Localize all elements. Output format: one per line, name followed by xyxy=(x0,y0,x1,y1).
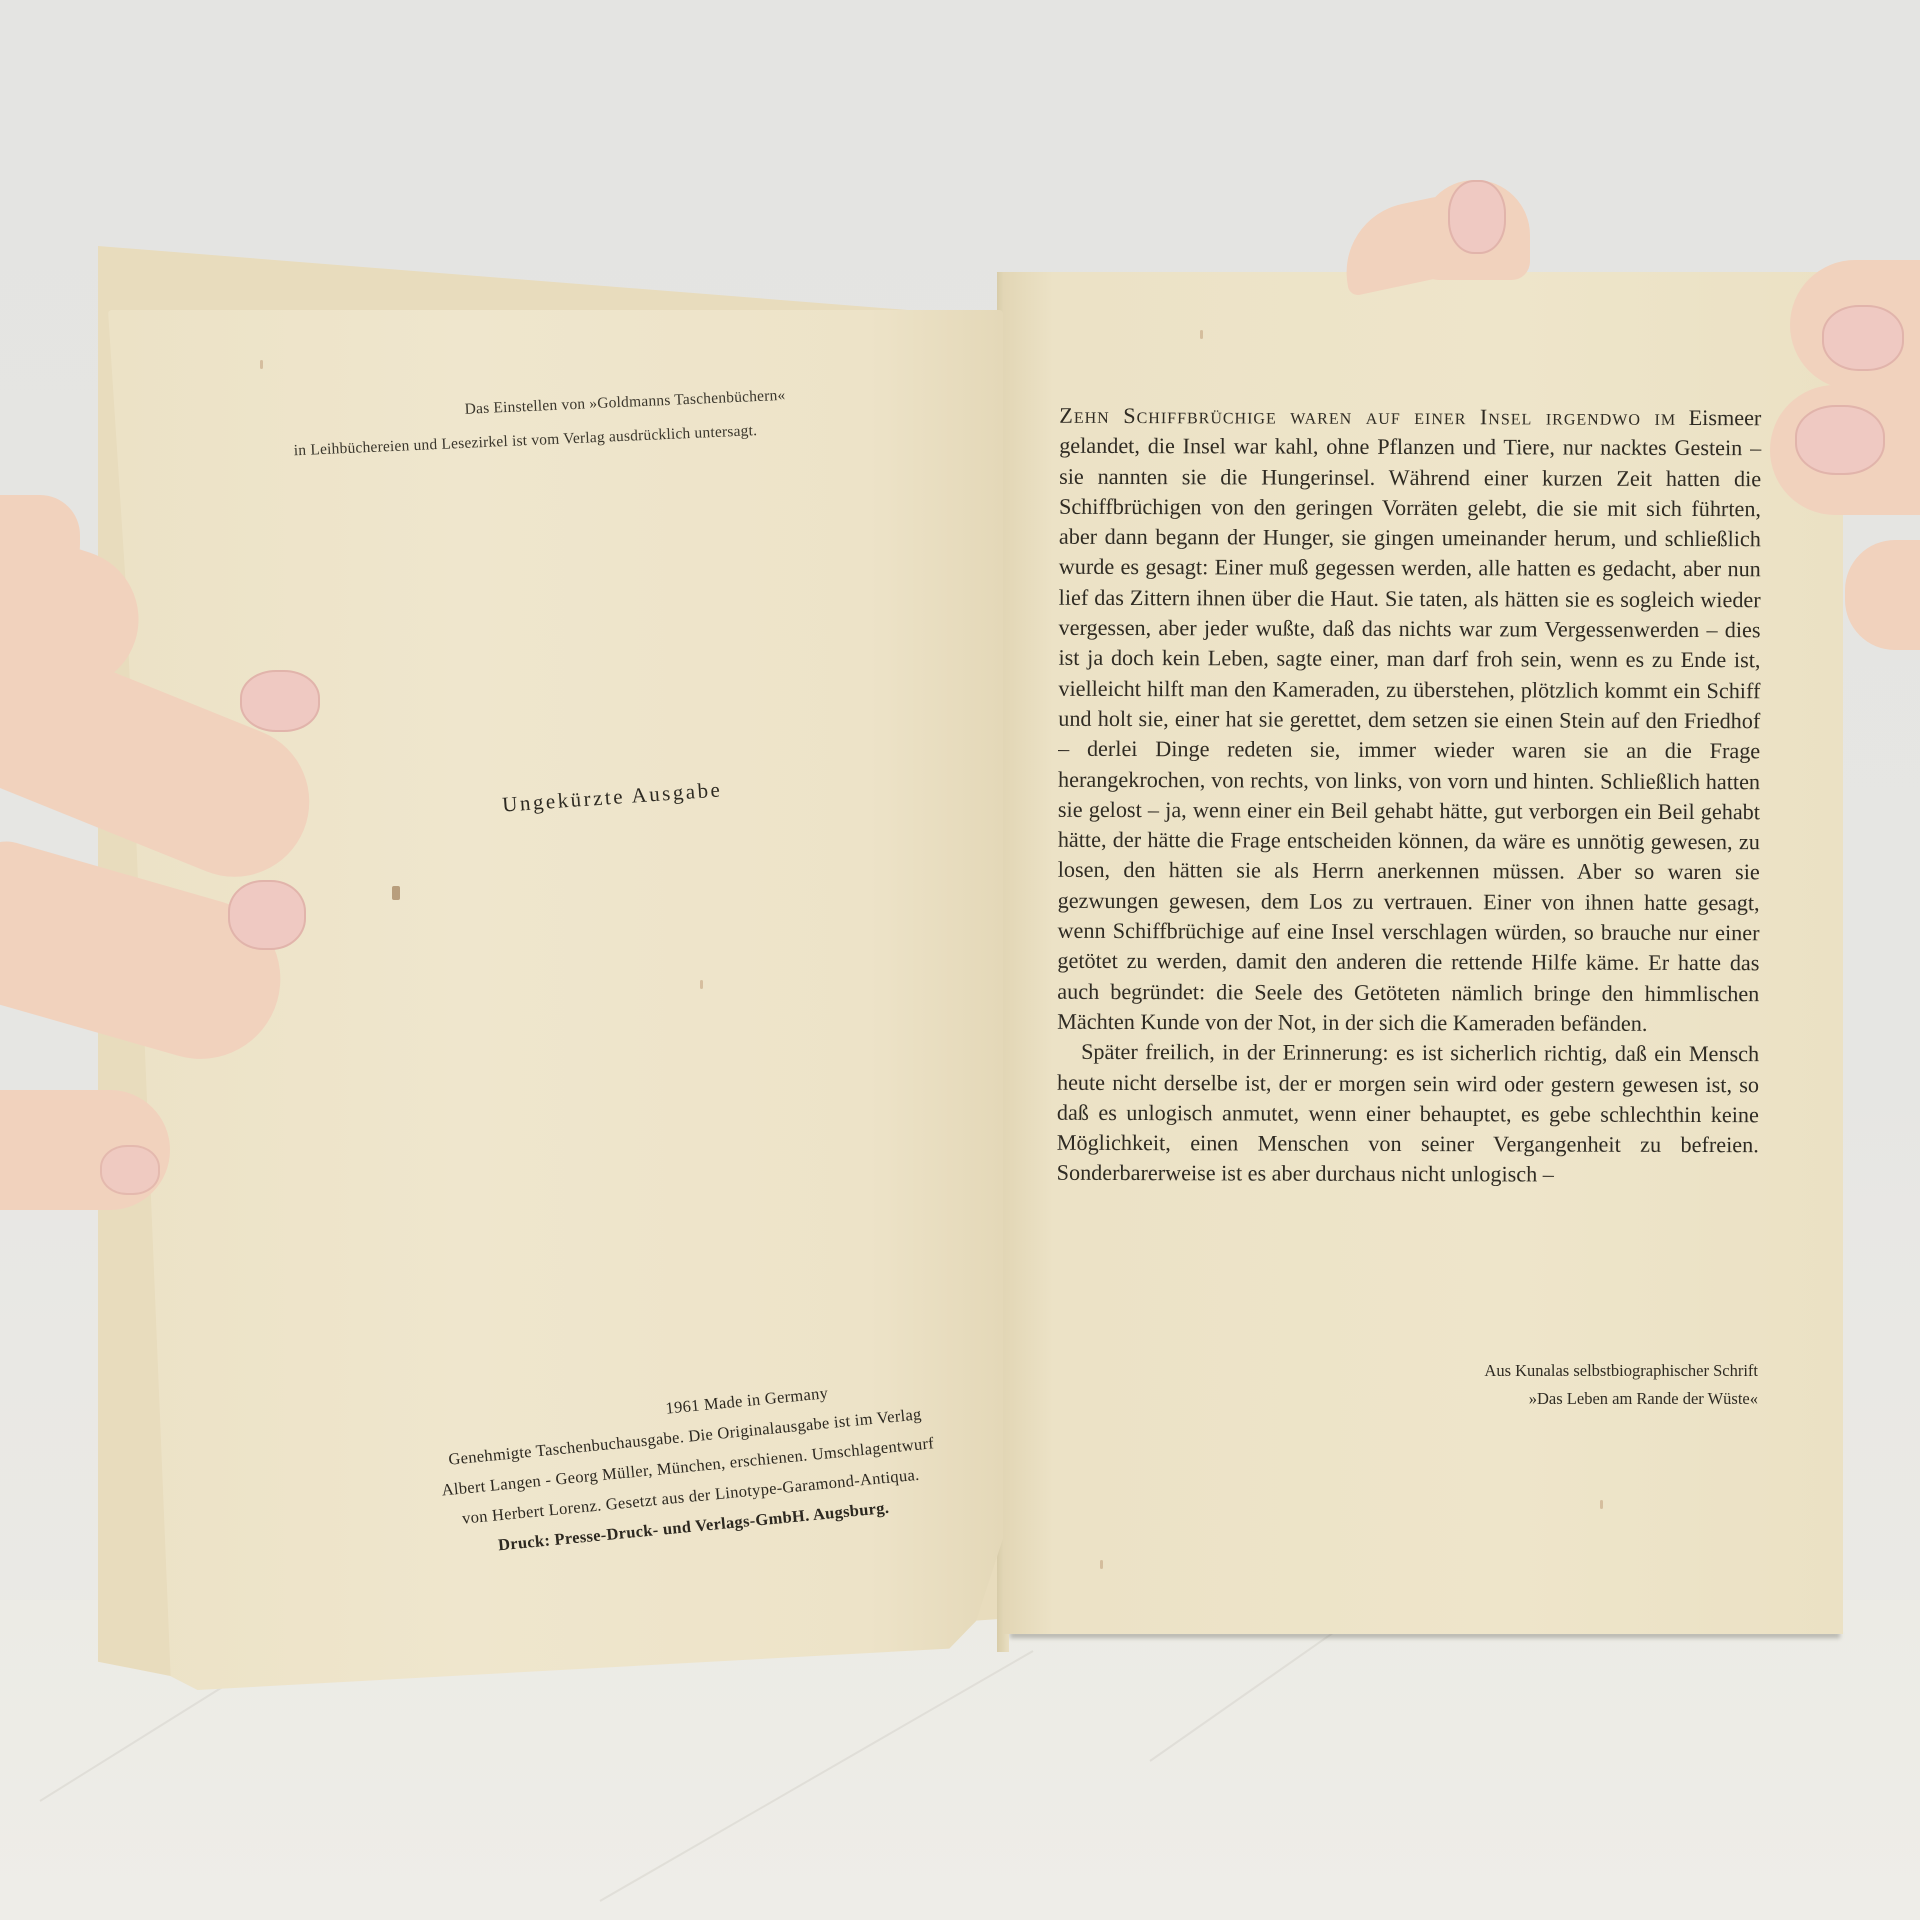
source-line-1: Aus Kunalas selbstbiographischer Schrift xyxy=(1380,1357,1758,1385)
paragraph-1: Zehn Schiffbrüchige waren auf einer Inse… xyxy=(1057,401,1761,1040)
fingernail xyxy=(1795,405,1885,475)
prologue-text: Zehn Schiffbrüchige waren auf einer Inse… xyxy=(1057,401,1762,1191)
lending-notice-line-2: in Leihbüchereien und Lesezirkel ist vom… xyxy=(293,416,901,461)
fingernail xyxy=(100,1145,160,1195)
paper-speck xyxy=(260,360,263,369)
fingernail xyxy=(1822,305,1904,371)
right-ring-finger xyxy=(1845,540,1920,650)
paragraph-1-body: Eismeer gelandet, die Insel war kahl, oh… xyxy=(1057,405,1761,1036)
thumbnail xyxy=(1448,180,1506,254)
paper-stain xyxy=(392,886,400,900)
fingernail xyxy=(228,880,306,950)
paper-speck xyxy=(1600,1500,1603,1509)
opening-smallcaps: Zehn Schiffbrüchige waren auf einer Inse… xyxy=(1059,403,1676,430)
paper-speck xyxy=(700,980,703,989)
paragraph-2: Später freilich, in der Erinnerung: es i… xyxy=(1057,1037,1760,1191)
source-attribution: Aus Kunalas selbstbiographischer Schrift… xyxy=(1380,1357,1758,1413)
fingernail xyxy=(240,670,320,732)
paper-speck xyxy=(1200,330,1203,339)
paper-speck xyxy=(1100,1560,1103,1569)
source-line-2: »Das Leben am Rande der Wüste« xyxy=(1380,1385,1758,1413)
